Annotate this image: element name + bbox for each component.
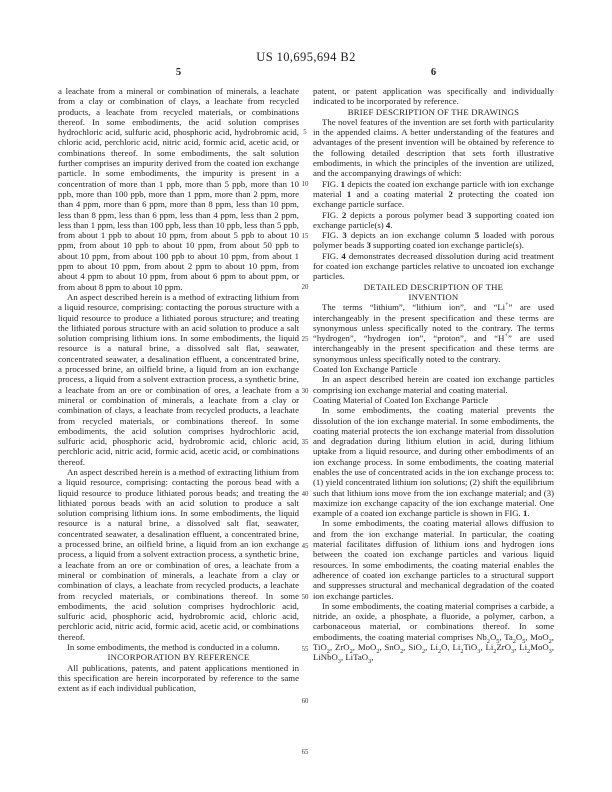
line-number: 40 bbox=[297, 491, 313, 499]
paragraph: An aspect described herein is a method o… bbox=[58, 292, 299, 467]
paragraph: patent, or patent application was specif… bbox=[313, 86, 554, 107]
line-number: 15 bbox=[297, 233, 313, 241]
paragraph-chemical-formulas: In some embodiments, the coating materia… bbox=[313, 601, 554, 663]
line-number: 20 bbox=[297, 284, 313, 292]
column-number-right: 6 bbox=[313, 67, 554, 78]
paragraph: All publications, patents, and patent ap… bbox=[58, 663, 299, 694]
paragraph-fig4: FIG. 4 demonstrates decreased dissolutio… bbox=[313, 251, 554, 282]
line-number: 60 bbox=[297, 698, 313, 706]
paragraph: a leachate from a mineral or combination… bbox=[58, 86, 299, 292]
line-number: 50 bbox=[297, 594, 313, 602]
line-number: 5 bbox=[297, 129, 313, 137]
section-heading-incorporation: INCORPORATION BY REFERENCE bbox=[58, 652, 299, 662]
paragraph: In some embodiments, the coating materia… bbox=[313, 405, 554, 518]
paragraph-fig1: FIG. 1 depicts the coated ion exchange p… bbox=[313, 179, 554, 210]
subsection-heading-coating-material: Coating Material of Coated Ion Exchange … bbox=[313, 395, 554, 405]
patent-number-header: US 10,695,694 B2 bbox=[0, 50, 612, 65]
paragraph: In some embodiments, the coating materia… bbox=[313, 518, 554, 600]
line-number: 25 bbox=[297, 336, 313, 344]
line-number: 30 bbox=[297, 388, 313, 396]
paragraph-fig2: FIG. 2 depicts a porous polymer bead 3 s… bbox=[313, 210, 554, 231]
paragraph: An aspect described herein is a method o… bbox=[58, 467, 299, 642]
paragraph-fig3: FIG. 3 depicts an ion exchange column 5 … bbox=[313, 230, 554, 251]
left-column: a leachate from a mineral or combination… bbox=[58, 86, 299, 694]
section-heading-detailed-description: DETAILED DESCRIPTION OF THEINVENTION bbox=[313, 282, 554, 303]
subsection-heading-coated-particle: Coated Ion Exchange Particle bbox=[313, 364, 554, 374]
line-number: 10 bbox=[297, 181, 313, 189]
paragraph: In some embodiments, the method is condu… bbox=[58, 642, 299, 652]
right-column: patent, or patent application was specif… bbox=[313, 86, 554, 663]
paragraph: In an aspect described herein are coated… bbox=[313, 374, 554, 395]
paragraph-terms: The terms “lithium”, “lithium ion”, and … bbox=[313, 302, 554, 364]
line-number: 45 bbox=[297, 543, 313, 551]
column-number-left: 5 bbox=[58, 67, 299, 78]
line-number: 35 bbox=[297, 439, 313, 447]
patent-page: US 10,695,694 B2 5 6 5 10 15 20 25 30 35… bbox=[0, 0, 612, 792]
line-number: 65 bbox=[297, 749, 313, 757]
paragraph: The novel features of the invention are … bbox=[313, 117, 554, 179]
section-heading-brief-description: BRIEF DESCRIPTION OF THE DRAWINGS bbox=[313, 107, 554, 117]
line-number: 55 bbox=[297, 646, 313, 654]
